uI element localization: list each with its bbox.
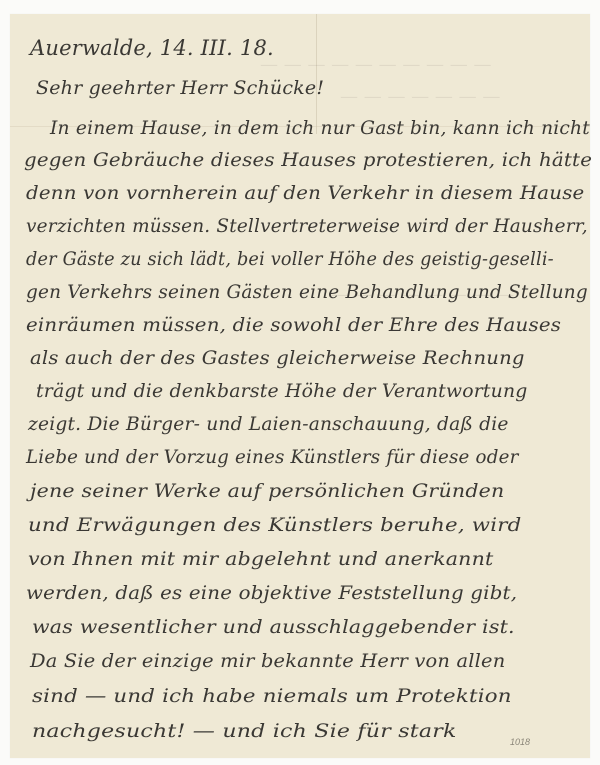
letter-line: Liebe und der Vorzug eines Künstlers für…	[26, 446, 518, 468]
letter-line: sind — und ich habe niemals um Protektio…	[32, 685, 512, 707]
letter-line: einräumen müssen, die sowohl der Ehre de…	[26, 314, 561, 336]
letter-line: zeigt. Die Bürger- und Laien-anschauung,…	[28, 413, 509, 435]
letter-line: der Gäste zu sich lädt, bei voller Höhe …	[26, 248, 554, 270]
letter-line: nachgesucht! — und ich Sie für stark	[32, 720, 457, 742]
letter-date-line: Auerwalde, 14. III. 18.	[30, 36, 274, 60]
ink-bleed-through: — — — — — — — — — —	[260, 54, 492, 75]
letter-line: jene seiner Werke auf persönlichen Gründ…	[30, 480, 504, 502]
letter-line: und Erwägungen des Künstlers beruhe, wir…	[28, 514, 522, 536]
letter-page: — — — — — — — — — — — — — — — — — — — — …	[10, 14, 590, 758]
letter-line: gegen Gebräuche dieses Hauses protestier…	[24, 149, 592, 171]
archive-number: 1018	[510, 737, 530, 747]
letter-line: denn von vornherein auf den Verkehr in d…	[26, 182, 584, 204]
letter-salutation: Sehr geehrter Herr Schücke!	[36, 77, 324, 99]
letter-line: gen Verkehrs seinen Gästen eine Behandlu…	[26, 281, 588, 303]
letter-line: In einem Hause, in dem ich nur Gast bin,…	[50, 117, 590, 139]
letter-line: trägt und die denkbarste Höhe der Verant…	[36, 380, 528, 402]
letter-line: was wesentlicher und ausschlaggebender i…	[32, 616, 515, 638]
letter-line: werden, daß es eine objektive Feststellu…	[26, 582, 517, 604]
letter-line: verzichten müssen. Stellvertreterweise w…	[26, 215, 588, 237]
ink-bleed-through: — — — — — — —	[340, 86, 500, 107]
letter-line: als auch der des Gastes gleicherweise Re…	[30, 347, 525, 369]
letter-line: Da Sie der einzige mir bekannte Herr von…	[30, 650, 505, 672]
letter-line: von Ihnen mit mir abgelehnt und anerkann…	[28, 548, 493, 570]
